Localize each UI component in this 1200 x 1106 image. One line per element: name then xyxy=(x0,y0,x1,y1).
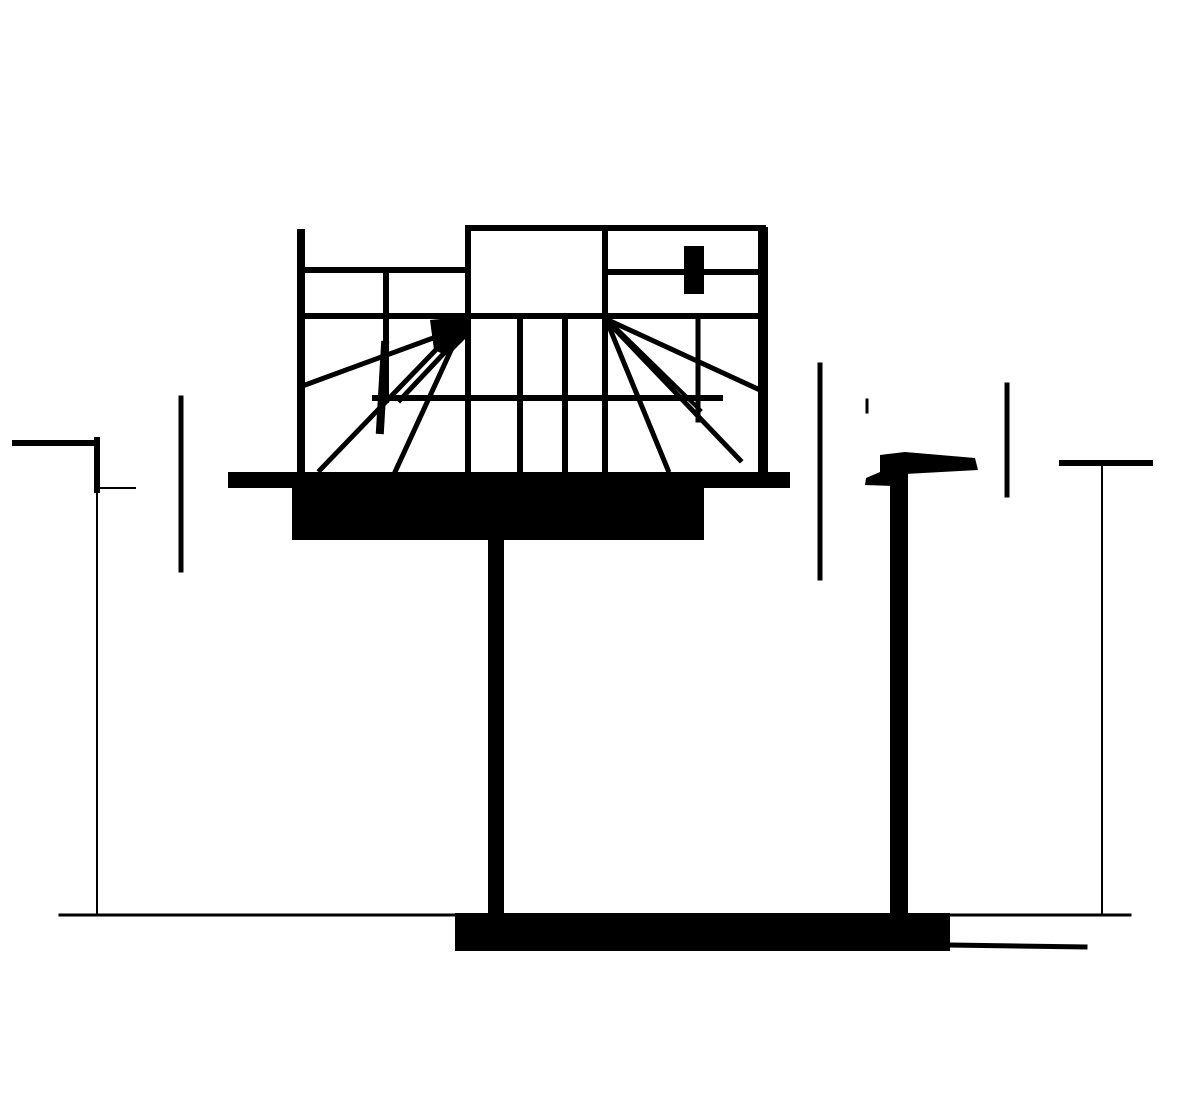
central-column xyxy=(488,535,504,920)
architectural-drawing xyxy=(0,0,1200,1106)
